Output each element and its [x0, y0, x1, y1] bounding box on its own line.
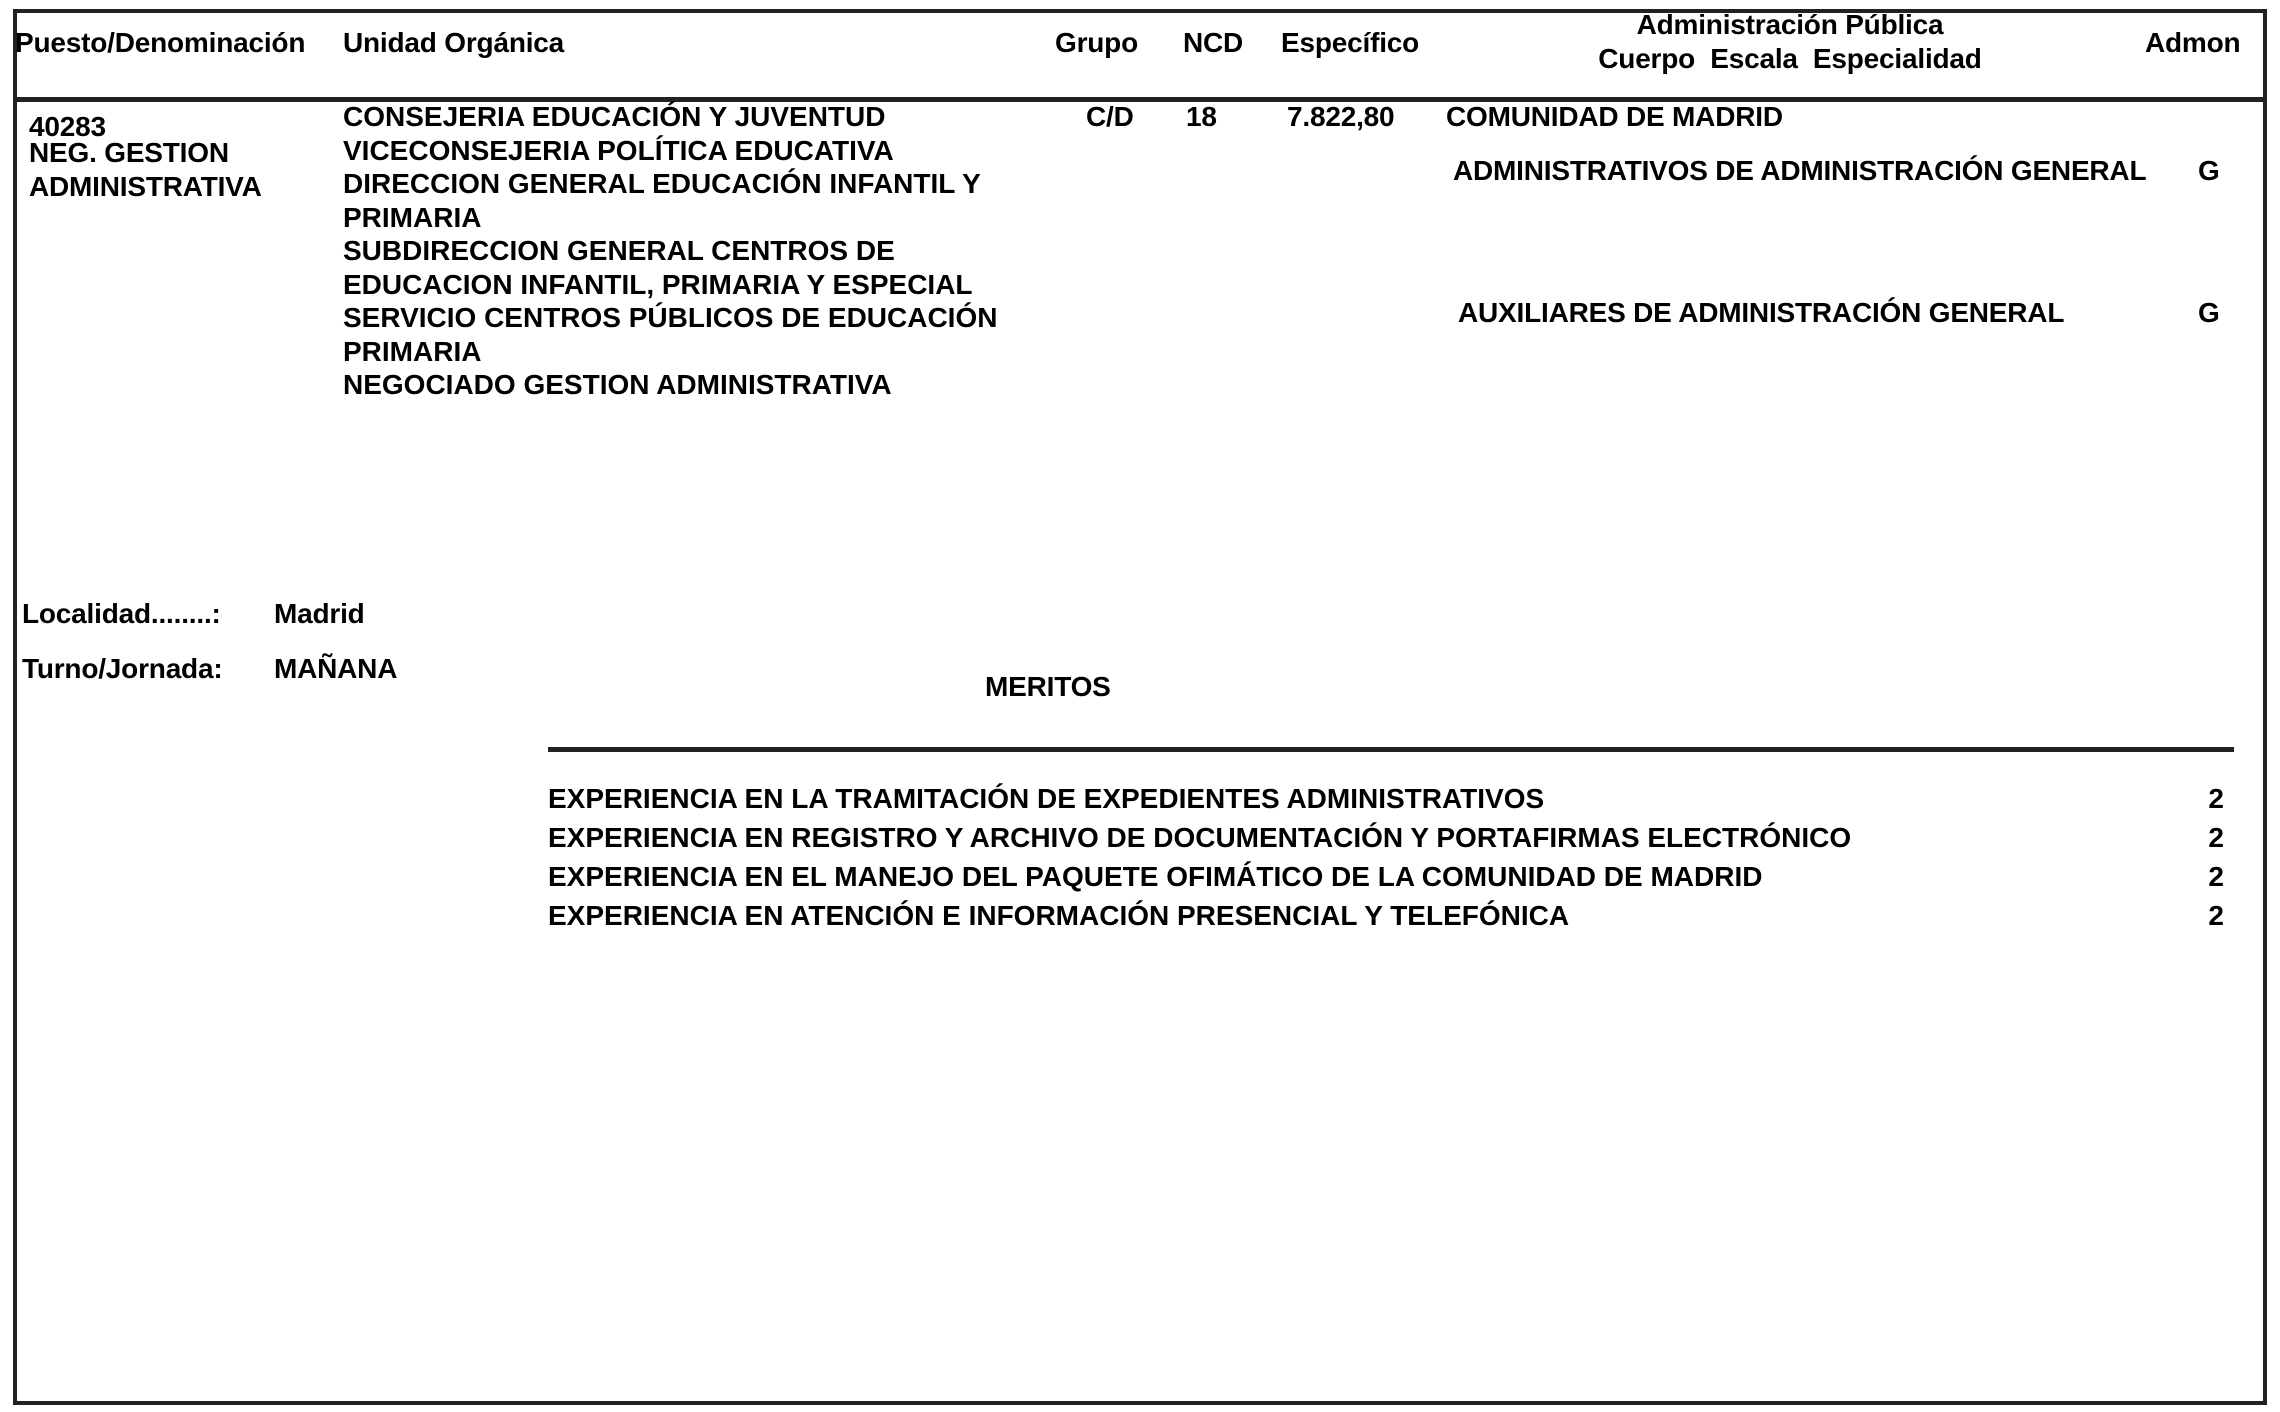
- merit-row: EXPERIENCIA EN REGISTRO Y ARCHIVO DE DOC…: [548, 818, 2228, 857]
- merit-text: EXPERIENCIA EN REGISTRO Y ARCHIVO DE DOC…: [548, 822, 1851, 853]
- turno-value: MAÑANA: [274, 652, 397, 686]
- organic-unit-line: NEGOCIADO GESTION ADMINISTRATIVA: [343, 368, 997, 402]
- merit-points: 2: [2208, 896, 2224, 935]
- cuerpo-name: ADMINISTRATIVOS DE ADMINISTRACIÓN GENERA…: [1453, 154, 2146, 188]
- localidad-label: Localidad........:: [22, 597, 221, 631]
- merit-text: EXPERIENCIA EN ATENCIÓN E INFORMACIÓN PR…: [548, 900, 1569, 931]
- header-puesto-denominacion: Puesto/Denominación: [15, 26, 305, 60]
- organic-unit-line: DIRECCION GENERAL EDUCACIÓN INFANTIL Y: [343, 167, 997, 201]
- position-ncd: 18: [1186, 100, 1217, 134]
- header-administracion-publica: Administración Pública: [1540, 8, 2040, 42]
- position-grupo: C/D: [1086, 100, 1134, 134]
- merit-text: EXPERIENCIA EN LA TRAMITACIÓN DE EXPEDIE…: [548, 783, 1544, 814]
- header-unidad-organica: Unidad Orgánica: [343, 26, 564, 60]
- merit-points: 2: [2208, 779, 2224, 818]
- merit-points: 2: [2208, 818, 2224, 857]
- merits-divider: [548, 747, 2234, 752]
- organic-unit-line: SUBDIRECCION GENERAL CENTROS DE: [343, 234, 997, 268]
- cuerpo-admon: G: [2198, 154, 2220, 188]
- header-grupo: Grupo: [1055, 26, 1138, 60]
- cuerpo-admon: G: [2198, 296, 2220, 330]
- merit-row: EXPERIENCIA EN EL MANEJO DEL PAQUETE OFI…: [548, 857, 2228, 896]
- merit-row: EXPERIENCIA EN ATENCIÓN E INFORMACIÓN PR…: [548, 896, 2228, 935]
- cuerpo-name: AUXILIARES DE ADMINISTRACIÓN GENERAL: [1458, 296, 2064, 330]
- merits-title: MERITOS: [985, 670, 1111, 704]
- organic-unit-line: SERVICIO CENTROS PÚBLICOS DE EDUCACIÓN: [343, 301, 997, 335]
- header-ncd: NCD: [1183, 26, 1243, 60]
- organic-unit-list: CONSEJERIA EDUCACIÓN Y JUVENTUD VICECONS…: [343, 100, 997, 402]
- merit-points: 2: [2208, 857, 2224, 896]
- localidad-value: Madrid: [274, 597, 365, 631]
- header-admon: Admon: [2145, 26, 2240, 60]
- organic-unit-line: PRIMARIA: [343, 335, 997, 369]
- turno-label: Turno/Jornada:: [22, 652, 222, 686]
- organic-unit-line: VICECONSEJERIA POLÍTICA EDUCATIVA: [343, 134, 997, 168]
- organic-unit-line: PRIMARIA: [343, 201, 997, 235]
- position-denomination-line-2: ADMINISTRATIVA: [29, 170, 262, 204]
- header-cuerpo-escala-especialidad: Cuerpo Escala Especialidad: [1540, 42, 2040, 76]
- organic-unit-line: EDUCACION INFANTIL, PRIMARIA Y ESPECIAL: [343, 268, 997, 302]
- organic-unit-line: CONSEJERIA EDUCACIÓN Y JUVENTUD: [343, 100, 997, 134]
- merit-row: EXPERIENCIA EN LA TRAMITACIÓN DE EXPEDIE…: [548, 779, 2228, 818]
- merits-list: EXPERIENCIA EN LA TRAMITACIÓN DE EXPEDIE…: [548, 779, 2228, 935]
- header-especifico: Específico: [1281, 26, 1419, 60]
- position-administracion: COMUNIDAD DE MADRID: [1446, 100, 1783, 134]
- merit-text: EXPERIENCIA EN EL MANEJO DEL PAQUETE OFI…: [548, 861, 1762, 892]
- position-denomination-line-1: NEG. GESTION: [29, 136, 229, 170]
- position-especifico: 7.822,80: [1287, 100, 1394, 134]
